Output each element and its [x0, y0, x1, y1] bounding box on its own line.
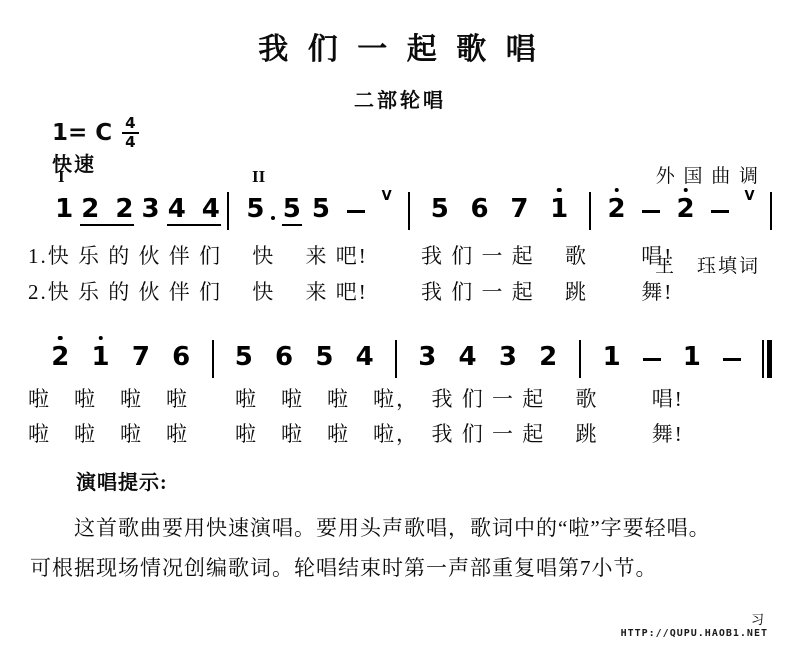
measure: 555V — [229, 196, 408, 227]
music-line-1: 122344555V567122V — [48, 188, 772, 234]
time-signature-denominator: 4 — [125, 134, 135, 150]
note: 7 — [509, 196, 529, 227]
barline-icon — [770, 192, 772, 230]
time-signature: 4 4 — [122, 116, 138, 150]
sustain-dash-icon — [711, 210, 729, 214]
note: 7 — [131, 344, 151, 375]
note: 3 — [498, 344, 518, 375]
breath-mark-icon: V — [745, 189, 755, 204]
voice-marker-1: I — [58, 167, 65, 187]
note: 6 — [274, 344, 294, 375]
final-barline-thin — [762, 340, 764, 378]
note: 4 — [355, 344, 375, 375]
augmentation-dot-icon — [271, 216, 276, 221]
note: 6 — [171, 344, 191, 375]
sustain-dash-icon — [347, 210, 365, 214]
note: 5 — [282, 196, 302, 226]
time-signature-numerator: 4 — [122, 116, 138, 134]
beamed-note-group: 44 — [167, 196, 221, 226]
note: 1 — [602, 344, 622, 375]
page-title: 我 们 一 起 歌 唱 — [0, 24, 800, 68]
note: 5 — [430, 196, 450, 227]
measure: 22V — [591, 196, 770, 227]
octave-dot-icon — [683, 188, 688, 193]
note: 4 — [458, 344, 478, 375]
note: 2 — [676, 196, 696, 227]
note: 2 — [606, 196, 626, 227]
lyric-line-1: 1.快 乐 的 伙 伴 们 快 来 吧! 我 们 一 起 歌 唱! — [28, 240, 673, 270]
measure: 3432 — [397, 344, 579, 375]
note: 1 — [54, 196, 74, 227]
measure: 122344 — [48, 196, 227, 227]
note: 2 — [114, 196, 134, 222]
octave-dot-icon — [614, 188, 619, 193]
beamed-note-group: 22 — [80, 196, 134, 226]
note: 5 — [245, 196, 265, 227]
note: 4 — [167, 196, 187, 222]
hint-body-line-2: 可根据现场情况创编歌词。轮唱结束时第一声部重复唱第7小节。 — [30, 552, 772, 582]
measure: 2176 — [30, 344, 212, 375]
octave-dot-icon — [98, 336, 103, 341]
octave-dot-icon — [58, 336, 63, 341]
lyric-line-2: 2.快 乐 的 伙 伴 们 快 来 吧! 我 们 一 起 跳 舞! — [28, 276, 673, 306]
note: 2 — [538, 344, 558, 375]
hint-body-line-1: 这首歌曲要用快速演唱。要用头声歌唱，歌词中的“啦”字要轻唱。 — [30, 512, 772, 542]
measure: 5654 — [214, 344, 396, 375]
sustain-dash-icon — [723, 358, 741, 362]
note: 6 — [470, 196, 490, 227]
breath-mark-icon: V — [382, 189, 392, 204]
note: 1 — [91, 344, 111, 375]
voice-marker-2: II — [252, 167, 265, 187]
measure: 5671 — [410, 196, 589, 227]
sustain-dash-icon — [642, 210, 660, 214]
note: 4 — [201, 196, 221, 222]
note: 1 — [682, 344, 702, 375]
note: 1 — [549, 196, 569, 227]
final-barline-icon — [762, 340, 772, 378]
note: 3 — [141, 196, 161, 227]
key-label: 1= C — [52, 120, 112, 146]
lyric-line-4: 啦 啦 啦 啦 啦 啦 啦 啦， 我 们 一 起 跳 舞! — [28, 418, 684, 448]
final-barline-thick — [767, 340, 772, 378]
site-url: HTTP://QUPU.HAOB1.NET — [621, 628, 768, 639]
key-signature: 1= C 4 4 — [52, 116, 139, 150]
music-line-2: 21765654343211 — [30, 336, 772, 382]
sustain-dash-icon — [643, 358, 661, 362]
note: 5 — [311, 196, 331, 227]
beamed-note-group: 55 — [282, 196, 331, 227]
hint-heading: 演唱提示: — [76, 466, 168, 495]
sheet-music-page: 我 们 一 起 歌 唱 二部轮唱 1= C 4 4 快速 外 国 曲 调 王 珏… — [0, 0, 800, 648]
note: 2 — [50, 344, 70, 375]
note: 5 — [314, 344, 334, 375]
note: 5 — [234, 344, 254, 375]
octave-dot-icon — [557, 188, 562, 193]
note: 3 — [417, 344, 437, 375]
note: 2 — [80, 196, 100, 222]
watermark-glyph: 习 — [751, 609, 764, 628]
lyric-line-3: 啦 啦 啦 啦 啦 啦 啦 啦， 我 们 一 起 歌 唱! — [28, 383, 684, 413]
measure: 11 — [581, 344, 763, 375]
